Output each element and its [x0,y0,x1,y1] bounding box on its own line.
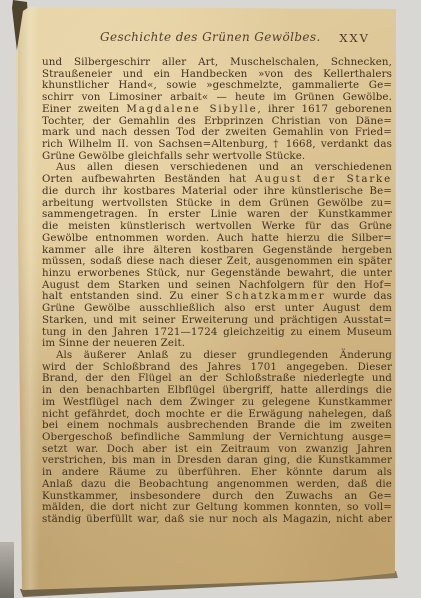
page-stack-edge-bottom-left [0,542,14,598]
running-header: Geschichte des Grünen Gewölbes. XXV [42,30,392,48]
text-block: und Silbergeschirr aller Art, Muschelsch… [42,57,392,526]
page-number: XXV [339,31,370,45]
text-line: ständig überfüllt war, daß sie nur noch … [42,514,392,526]
scanned-page: Geschichte des Grünen Gewölbes. XXV und … [0,0,421,598]
chapter-title: Geschichte des Grünen Gewölbes. [100,30,321,44]
book-scan: Geschichte des Grünen Gewölbes. XXV und … [0,0,421,598]
